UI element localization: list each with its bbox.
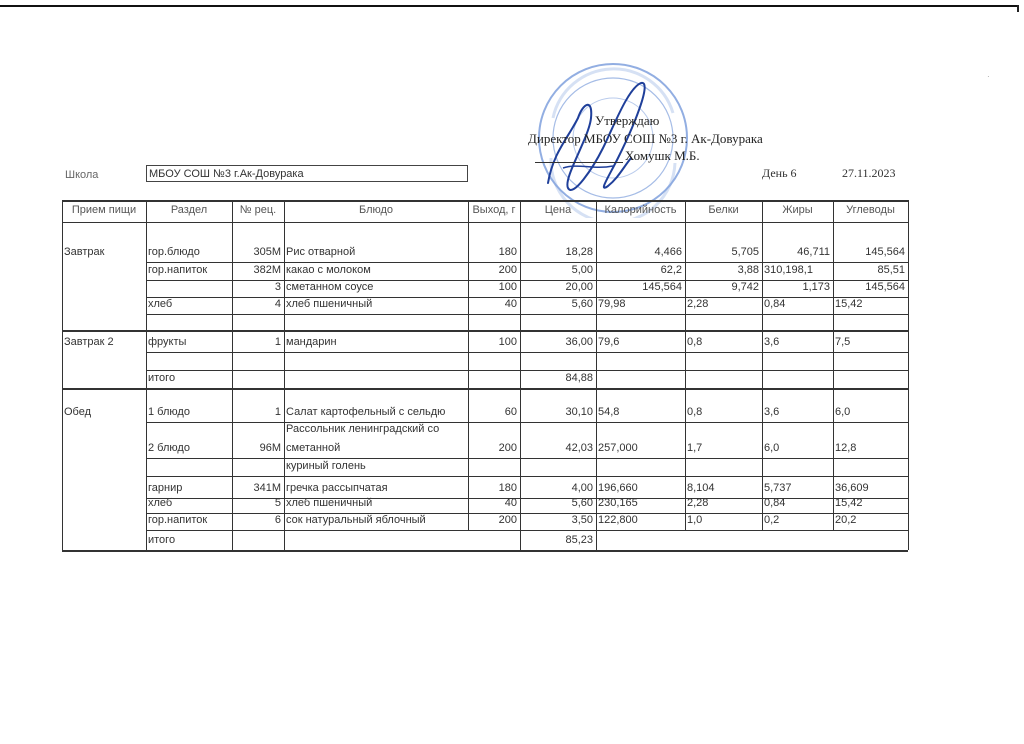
cell-fat: 1,173 bbox=[762, 281, 830, 294]
column-rule bbox=[520, 222, 521, 550]
row-rule bbox=[146, 458, 908, 459]
cell-dish: куриный голень bbox=[286, 460, 366, 473]
cell-yield: 40 bbox=[468, 497, 517, 510]
header-column-rule bbox=[284, 200, 285, 222]
column-header: Жиры bbox=[762, 204, 833, 217]
cell-yield: 40 bbox=[468, 298, 517, 311]
row-rule bbox=[146, 370, 908, 371]
menu-table: Прием пищиРаздел№ рец.БлюдоВыход, гЦенаК… bbox=[0, 0, 1024, 744]
column-rule bbox=[908, 222, 909, 550]
cell-dish: сметанном соусе bbox=[286, 281, 373, 294]
cell-protein: 0,8 bbox=[687, 406, 702, 419]
cell-carbs: 15,42 bbox=[835, 497, 863, 510]
cell-yield: 180 bbox=[468, 482, 517, 495]
cell-kcal: 79,98 bbox=[598, 298, 626, 311]
column-header: Калорийность bbox=[596, 204, 685, 217]
cell-yield: 200 bbox=[468, 264, 517, 277]
cell-section: итого bbox=[148, 372, 175, 385]
cell-recipe: 382М bbox=[232, 264, 281, 277]
cell-protein: 9,742 bbox=[685, 281, 759, 294]
cell-fat: 5,737 bbox=[764, 482, 792, 495]
cell-recipe: 1 bbox=[232, 406, 281, 419]
cell-recipe: 5 bbox=[232, 497, 281, 510]
cell-kcal: 145,564 bbox=[596, 281, 682, 294]
cell-price: 84,88 bbox=[520, 372, 593, 385]
cell-protein: 3,88 bbox=[685, 264, 759, 277]
cell-dish: какао с молоком bbox=[286, 264, 371, 277]
cell-section: хлеб bbox=[148, 298, 172, 311]
cell-protein: 2,28 bbox=[687, 497, 708, 510]
row-rule bbox=[62, 388, 908, 390]
cell-price: 30,10 bbox=[520, 406, 593, 419]
cell-section: 1 блюдо bbox=[148, 406, 190, 419]
column-header: № рец. bbox=[232, 204, 284, 217]
header-top-rule bbox=[62, 200, 908, 202]
cell-kcal: 62,2 bbox=[596, 264, 682, 277]
column-header: Раздел bbox=[146, 204, 232, 217]
cell-protein: 5,705 bbox=[685, 246, 759, 259]
cell-recipe: 4 bbox=[232, 298, 281, 311]
cell-price: 85,23 bbox=[520, 534, 593, 547]
column-rule bbox=[146, 222, 147, 550]
cell-carbs: 20,2 bbox=[835, 514, 856, 527]
row-rule bbox=[146, 314, 908, 315]
cell-dish: Салат картофельный с сельдю bbox=[286, 406, 445, 419]
column-header: Прием пищи bbox=[62, 204, 146, 217]
cell-price: 4,00 bbox=[520, 482, 593, 495]
column-header: Блюдо bbox=[284, 204, 468, 217]
cell-protein: 0,8 bbox=[687, 336, 702, 349]
cell-carbs: 36,609 bbox=[835, 482, 869, 495]
cell-protein: 1,0 bbox=[687, 514, 702, 527]
cell-dish: Рис отварной bbox=[286, 246, 355, 259]
cell-dish: гречка рассыпчатая bbox=[286, 482, 388, 495]
cell-fat: 0,84 bbox=[764, 298, 785, 311]
cell-dish: сок натуральный яблочный bbox=[286, 514, 426, 527]
cell-price: 5,60 bbox=[520, 298, 593, 311]
cell-section: гор.напиток bbox=[148, 514, 207, 527]
cell-section: хлеб bbox=[148, 497, 172, 510]
column-header: Углеводы bbox=[833, 204, 908, 217]
cell-fat: 46,711 bbox=[762, 246, 830, 259]
cell-section: фрукты bbox=[148, 336, 186, 349]
cell-dish: мандарин bbox=[286, 336, 337, 349]
cell-carbs: 12,8 bbox=[835, 442, 856, 455]
header-bottom-rule bbox=[62, 222, 908, 223]
cell-yield: 200 bbox=[468, 442, 517, 455]
cell-yield: 200 bbox=[468, 514, 517, 527]
header-column-rule bbox=[62, 200, 63, 222]
cell-yield: 100 bbox=[468, 336, 517, 349]
row-rule bbox=[62, 550, 908, 552]
cell-kcal: 54,8 bbox=[598, 406, 619, 419]
cell-section: 2 блюдо bbox=[148, 442, 190, 455]
meal-label: Завтрак bbox=[64, 246, 104, 259]
cell-recipe: 305М bbox=[232, 246, 281, 259]
cell-price: 18,28 bbox=[520, 246, 593, 259]
cell-recipe: 1 bbox=[232, 336, 281, 349]
cell-section: гарнир bbox=[148, 482, 182, 495]
column-rule bbox=[596, 222, 597, 550]
cell-fat: 6,0 bbox=[764, 442, 779, 455]
cell-fat: 3,6 bbox=[764, 336, 779, 349]
cell-section: итого bbox=[148, 534, 175, 547]
header-column-rule bbox=[833, 200, 834, 222]
column-rule bbox=[468, 222, 469, 530]
header-column-rule bbox=[520, 200, 521, 222]
cell-carbs: 85,51 bbox=[833, 264, 905, 277]
cell-kcal: 79,6 bbox=[598, 336, 619, 349]
cell-section: гор.блюдо bbox=[148, 246, 200, 259]
cell-kcal: 230,165 bbox=[598, 497, 638, 510]
dish-name-line1: Рассольник ленинградский со bbox=[286, 423, 439, 436]
row-rule bbox=[146, 530, 908, 531]
cell-fat: 0,84 bbox=[764, 497, 785, 510]
cell-price: 20,00 bbox=[520, 281, 593, 294]
row-rule bbox=[232, 550, 284, 551]
column-rule bbox=[284, 222, 285, 550]
cell-carbs: 15,42 bbox=[835, 298, 863, 311]
column-rule bbox=[833, 222, 834, 530]
cell-protein: 1,7 bbox=[687, 442, 702, 455]
cell-price: 5,00 bbox=[520, 264, 593, 277]
cell-price: 42,03 bbox=[520, 442, 593, 455]
cell-section: гор.напиток bbox=[148, 264, 207, 277]
cell-price: 36,00 bbox=[520, 336, 593, 349]
column-header: Цена bbox=[520, 204, 596, 217]
dish-name-line2: сметанной bbox=[286, 442, 340, 455]
cell-price: 5,60 bbox=[520, 497, 593, 510]
cell-carbs: 145,564 bbox=[833, 281, 905, 294]
cell-protein: 2,28 bbox=[687, 298, 708, 311]
cell-kcal: 196,660 bbox=[598, 482, 638, 495]
cell-kcal: 4,466 bbox=[596, 246, 682, 259]
cell-fat: 3,6 bbox=[764, 406, 779, 419]
cell-carbs: 6,0 bbox=[835, 406, 850, 419]
meal-label: Обед bbox=[64, 406, 91, 419]
cell-yield: 100 bbox=[468, 281, 517, 294]
row-rule bbox=[62, 330, 908, 332]
cell-dish: хлеб пшеничный bbox=[286, 298, 372, 311]
cell-recipe: 6 bbox=[232, 514, 281, 527]
column-rule bbox=[62, 222, 63, 550]
column-rule bbox=[685, 222, 686, 530]
column-rule bbox=[232, 222, 233, 550]
cell-price: 3,50 bbox=[520, 514, 593, 527]
cell-protein: 8,104 bbox=[687, 482, 715, 495]
header-column-rule bbox=[596, 200, 597, 222]
header-column-rule bbox=[146, 200, 147, 222]
cell-recipe: 96М bbox=[232, 442, 281, 455]
cell-kcal: 257,000 bbox=[598, 442, 638, 455]
cell-yield: 60 bbox=[468, 406, 517, 419]
header-column-rule bbox=[908, 200, 909, 222]
row-rule bbox=[146, 352, 908, 353]
cell-carbs: 7,5 bbox=[835, 336, 850, 349]
row-rule bbox=[146, 476, 908, 477]
row-rule bbox=[146, 262, 908, 263]
cell-recipe: 3 bbox=[232, 281, 281, 294]
column-rule bbox=[232, 530, 233, 550]
meal-label: Завтрак 2 bbox=[64, 336, 114, 349]
cell-dish: хлеб пшеничный bbox=[286, 497, 372, 510]
header-column-rule bbox=[762, 200, 763, 222]
row-rule bbox=[146, 422, 908, 423]
header-column-rule bbox=[468, 200, 469, 222]
header-column-rule bbox=[232, 200, 233, 222]
column-header: Выход, г bbox=[468, 204, 520, 217]
cell-fat: 0,2 bbox=[764, 514, 779, 527]
cell-recipe: 341М bbox=[232, 482, 281, 495]
column-header: Белки bbox=[685, 204, 762, 217]
cell-kcal: 122,800 bbox=[598, 514, 638, 527]
cell-carbs: 145,564 bbox=[833, 246, 905, 259]
header-column-rule bbox=[685, 200, 686, 222]
cell-fat: 310,198,1 bbox=[764, 264, 813, 277]
column-rule bbox=[762, 222, 763, 530]
cell-yield: 180 bbox=[468, 246, 517, 259]
